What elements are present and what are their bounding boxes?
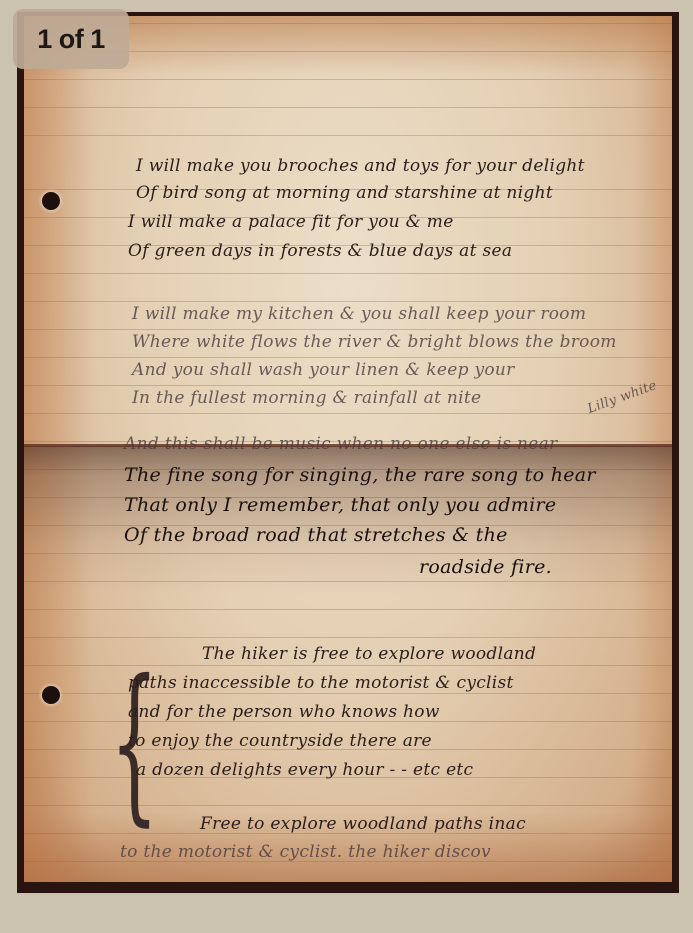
paragraph-line5: a dozen delights every hour - - etc etc xyxy=(136,760,473,780)
stanza2-line3: And you shall wash your linen & keep you… xyxy=(132,360,515,380)
paragraph2-line1: Free to explore woodland paths inac xyxy=(200,814,526,834)
paragraph-line4: to enjoy the countryside there are xyxy=(128,731,432,751)
stanza2-line1: I will make my kitchen & you shall keep … xyxy=(132,304,586,324)
stanza2-line2: Where white flows the river & bright blo… xyxy=(132,332,617,352)
stanza3-line1: The fine song for singing, the rare song… xyxy=(124,464,596,486)
stanza1-line3: I will make a palace fit for you & me xyxy=(128,212,454,232)
stanza1-line4: Of green days in forests & blue days at … xyxy=(128,241,512,261)
stanza3-line4: roadside fire. xyxy=(419,556,552,578)
stanza1-line1: I will make you brooches and toys for yo… xyxy=(136,156,585,176)
paragraph-line2: paths inaccessible to the motorist & cyc… xyxy=(128,673,514,693)
stanza2-margin-note: Lilly white xyxy=(586,378,659,417)
stanza1-line2: Of bird song at morning and starshine at… xyxy=(136,183,553,203)
paragraph-line3: and for the person who knows how xyxy=(128,702,440,722)
stanza3-line2: That only I remember, that only you admi… xyxy=(124,494,556,516)
paragraph-line1: The hiker is free to explore woodland xyxy=(202,644,536,664)
binder-hole-top xyxy=(42,192,60,210)
page-indicator-badge: 1 of 1 xyxy=(13,9,129,69)
stanza3-line3: Of the broad road that stretches & the xyxy=(124,524,508,546)
paragraph2-line2: to the motorist & cyclist. the hiker dis… xyxy=(120,842,491,862)
stanza3-overlap-line: And this shall be music when no one else… xyxy=(124,434,558,454)
stanza2-line4: In the fullest morning & rainfall at nit… xyxy=(132,388,481,408)
image-viewer: I will make you brooches and toys for yo… xyxy=(0,0,693,933)
notebook-page: I will make you brooches and toys for yo… xyxy=(24,16,672,882)
binder-hole-bottom xyxy=(42,686,60,704)
